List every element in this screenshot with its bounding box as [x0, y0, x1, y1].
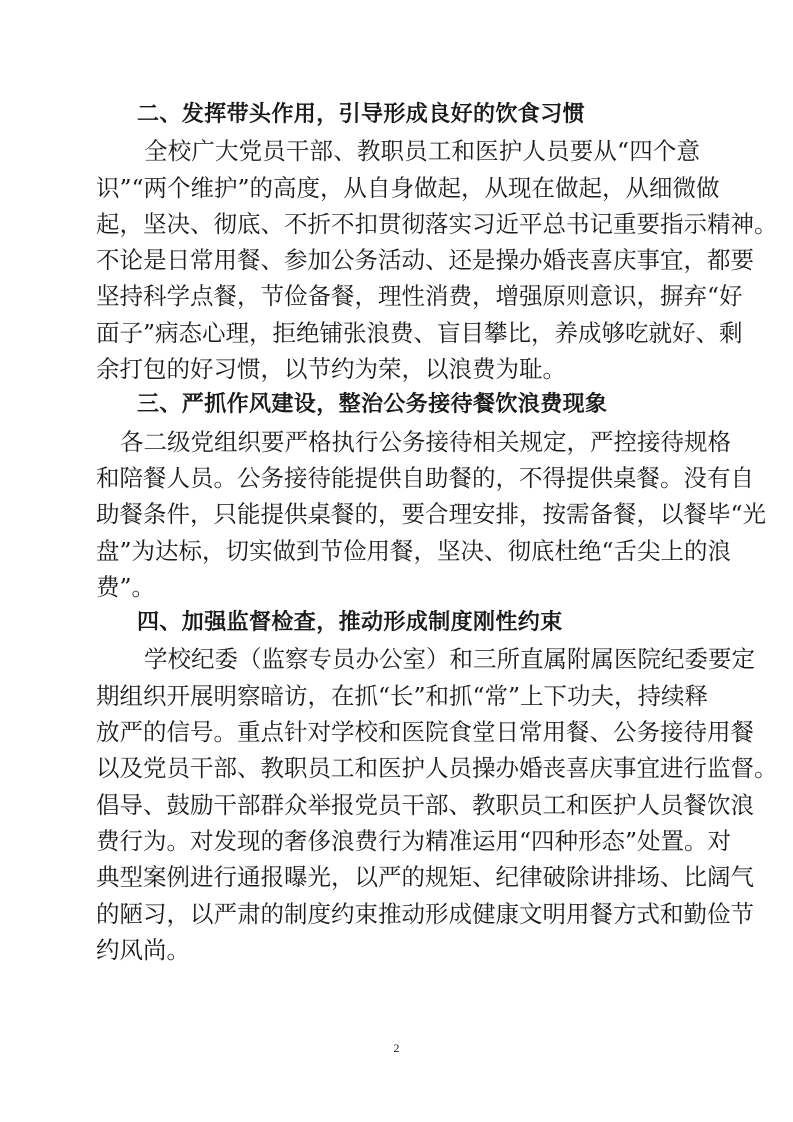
section-heading-3: 三、严抓作风建设，整治公务接待餐饮浪费现象: [96, 387, 700, 423]
paragraph-line: 不论是日常用餐、参加公务活动、还是操办婚丧喜庆事宜，都要: [96, 242, 700, 278]
paragraph-line: 识”“两个维护”的高度，从自身做起，从现在做起，从细微做: [96, 170, 700, 206]
paragraph-line: 起，坚决、彻底、不折不扣贯彻落实习近平总书记重要指示精神。: [96, 206, 700, 242]
paragraph-line: 全校广大党员干部、教职员工和医护人员要从“四个意: [96, 133, 700, 169]
paragraph-line: 面子”病态心理，拒绝铺张浪费、盲目攀比，养成够吃就好、剩: [96, 315, 700, 351]
paragraph-line: 期组织开展明察暗访，在抓“长”和抓“常”上下功夫，持续释: [96, 678, 700, 714]
paragraph-line: 倡导、鼓励干部群众举报党员干部、教职员工和医护人员餐饮浪: [96, 787, 700, 823]
paragraph-line: 助餐条件，只能提供桌餐的，要合理安排，按需备餐，以餐毕“光: [96, 496, 700, 532]
paragraph-line: 各二级党组织要严格执行公务接待相关规定，严控接待规格: [96, 424, 700, 460]
section-heading-2: 二、发挥带头作用，引导形成良好的饮食习惯: [96, 97, 700, 133]
document-page: 二、发挥带头作用，引导形成良好的饮食习惯 全校广大党员干部、教职员工和医护人员要…: [96, 97, 700, 968]
paragraph-line: 学校纪委（监察专员办公室）和三所直属附属医院纪委要定: [96, 641, 700, 677]
paragraph-line: 典型案例进行通报曝光，以严的规矩、纪律破除讲排场、比阔气: [96, 859, 700, 895]
paragraph-line: 盘”为达标，切实做到节俭用餐，坚决、彻底杜绝“舌尖上的浪: [96, 533, 700, 569]
paragraph-line: 费”。: [96, 569, 700, 605]
paragraph-line: 和陪餐人员。公务接待能提供自助餐的，不得提供桌餐。没有自: [96, 460, 700, 496]
section-heading-4: 四、加强监督检查，推动形成制度刚性约束: [96, 605, 700, 641]
paragraph-line: 约风尚。: [96, 932, 700, 968]
paragraph-line: 坚持科学点餐，节俭备餐，理性消费，增强原则意识，摒弃“好: [96, 278, 700, 314]
paragraph-line: 以及党员干部、教职员工和医护人员操办婚丧喜庆事宜进行监督。: [96, 750, 700, 786]
paragraph-line: 费行为。对发现的奢侈浪费行为精准运用“四种形态”处置。对: [96, 823, 700, 859]
page-number: 2: [0, 1041, 793, 1056]
paragraph-line: 放严的信号。重点针对学校和医院食堂日常用餐、公务接待用餐: [96, 714, 700, 750]
paragraph-line: 余打包的好习惯，以节约为荣，以浪费为耻。: [96, 351, 700, 387]
paragraph-line: 的陋习，以严肃的制度约束推动形成健康文明用餐方式和勤俭节: [96, 896, 700, 932]
